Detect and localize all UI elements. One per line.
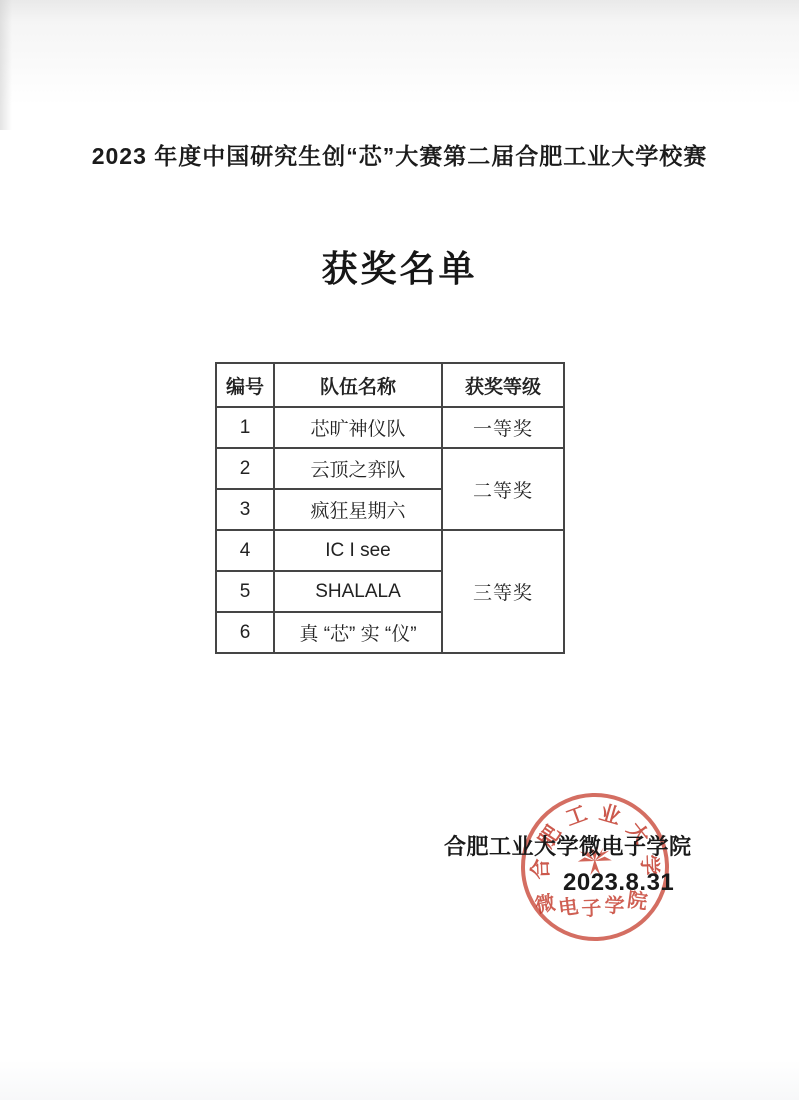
document-title: 2023 年度中国研究生创“芯”大赛第二届合肥工业大学校赛 [0, 138, 799, 171]
team-name: 芯旷神仪队 [274, 407, 442, 448]
header-number: 编号 [216, 363, 274, 407]
official-seal: 合 肥 工 业 大 学 微 电 子 学 院 [518, 790, 671, 943]
seal-bottom-char: 学 [604, 896, 625, 917]
document-date: 2023.8.31 [563, 869, 674, 897]
team-name: IC I see [274, 530, 442, 571]
team-name: 真 “芯” 实 “仪” [274, 612, 442, 653]
scanned-document-page: 2023 年度中国研究生创“芯”大赛第二届合肥工业大学校赛 获奖名单 编号 队伍… [0, 0, 799, 1100]
row-number: 4 [216, 530, 274, 571]
team-name: SHALALA [274, 571, 442, 612]
award-level: 二等奖 [442, 448, 564, 530]
award-level: 三等奖 [442, 530, 564, 653]
header-team-name: 队伍名称 [274, 363, 442, 407]
awards-table: 编号 队伍名称 获奖等级 1 芯旷神仪队 一等奖 2 云顶之弈队 二等奖 3 疯… [215, 362, 565, 654]
seal-arc-char: 合 [530, 858, 552, 880]
row-number: 5 [216, 571, 274, 612]
row-number: 3 [216, 489, 274, 530]
row-number: 1 [216, 407, 274, 448]
seal-bottom-char: 电 [557, 897, 579, 919]
table-row: 4 IC I see 三等奖 [216, 530, 564, 571]
organization-name: 合肥工业大学微电子学院 [444, 830, 692, 861]
header-award-level: 获奖等级 [442, 363, 564, 407]
row-number: 6 [216, 612, 274, 653]
row-number: 2 [216, 448, 274, 489]
team-name: 云顶之弈队 [274, 448, 442, 489]
seal-bottom-char: 子 [581, 899, 602, 920]
table-header-row: 编号 队伍名称 获奖等级 [216, 363, 564, 407]
document-subtitle: 获奖名单 [0, 241, 799, 292]
team-name: 疯狂星期六 [274, 489, 442, 530]
seal-bottom-char: 微 [533, 893, 557, 917]
table-row: 1 芯旷神仪队 一等奖 [216, 407, 564, 448]
scan-edge-smudge [0, 0, 12, 130]
table-row: 2 云顶之弈队 二等奖 [216, 448, 564, 489]
award-level: 一等奖 [442, 407, 564, 448]
